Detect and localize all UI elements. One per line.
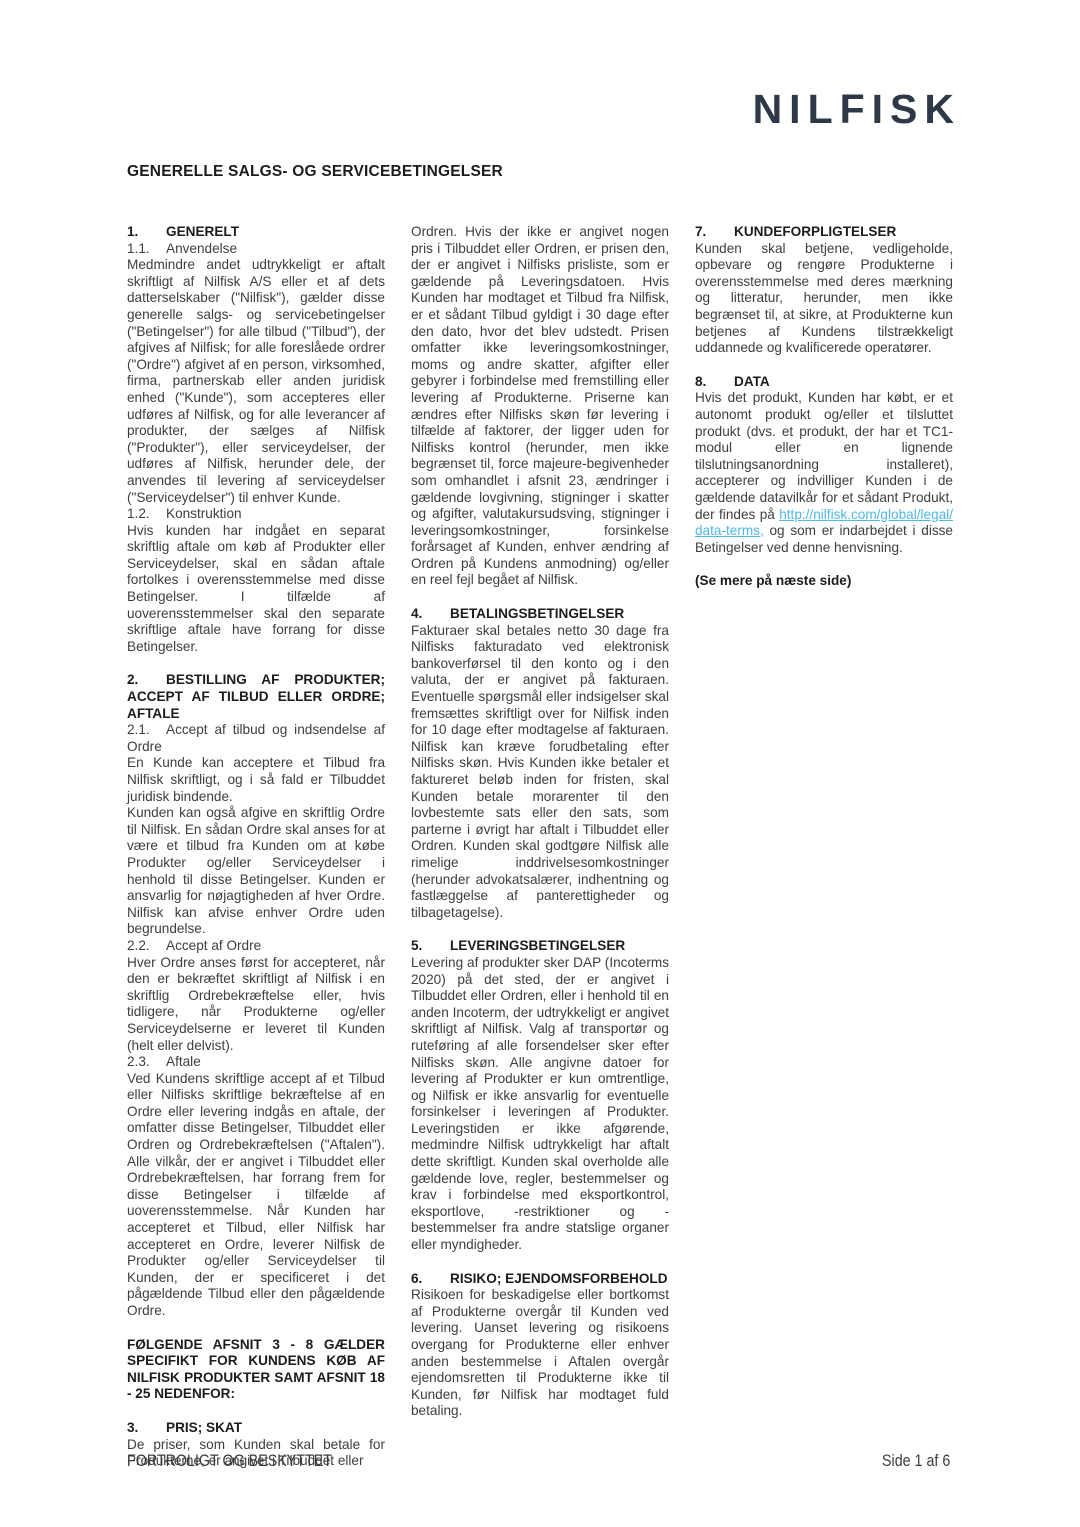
section-number: 1.1. bbox=[127, 241, 166, 258]
section-number: 8. bbox=[695, 374, 734, 391]
paragraph: Hver Ordre anses først for accepteret, n… bbox=[127, 955, 385, 1055]
data-terms-link[interactable]: http://nilfisk.com/global/legal/data-ter… bbox=[695, 507, 953, 539]
section-heading: 5.LEVERINGSBETINGELSER bbox=[411, 938, 669, 955]
text-columns: 1.GENERELT1.1.AnvendelseMedmindre andet … bbox=[127, 224, 953, 1470]
page-footer: FORTROLIGT OG BESKYTTET Side 1 af 6 bbox=[127, 1451, 950, 1471]
paragraph: En Kunde kan acceptere et Tilbud fra Nil… bbox=[127, 755, 385, 805]
section-number: 1. bbox=[127, 224, 166, 241]
footer-confidential-label: FORTROLIGT OG BESKYTTET bbox=[127, 1451, 332, 1471]
section-number: 7. bbox=[695, 224, 734, 241]
paragraph: Risikoen for beskadigelse eller bortkoms… bbox=[411, 1287, 669, 1420]
document-title: GENERELLE SALGS- OG SERVICEBETINGELSER bbox=[127, 163, 503, 181]
section-number: 2.1. bbox=[127, 722, 166, 739]
paragraph: Kunden kan også afgive en skriftlig Ordr… bbox=[127, 805, 385, 938]
bold-note: (Se mere på næste side) bbox=[695, 573, 953, 590]
section-heading: 4.BETALINGSBETINGELSER bbox=[411, 606, 669, 623]
footer-page-number: Side 1 af 6 bbox=[882, 1451, 950, 1471]
section-heading: 1.GENERELT bbox=[127, 224, 385, 241]
subsection-heading: 1.2.Konstruktion bbox=[127, 506, 385, 523]
section-number: 2.3. bbox=[127, 1054, 166, 1071]
paragraph: Fakturaer skal betales netto 30 dage fra… bbox=[411, 623, 669, 922]
section-heading: 3.PRIS; SKAT bbox=[127, 1420, 385, 1437]
section-number: 4. bbox=[411, 606, 450, 623]
section-heading: 2.BESTILLING AF PRODUKTER; ACCEPT AF TIL… bbox=[127, 672, 385, 722]
bold-note: FØLGENDE AFSNIT 3 - 8 GÆLDER SPECIFIKT F… bbox=[127, 1337, 385, 1403]
document-page: NILFISK GENERELLE SALGS- OG SERVICEBETIN… bbox=[0, 0, 1080, 1527]
section-number: 6. bbox=[411, 1271, 450, 1288]
section-number: 2. bbox=[127, 672, 166, 689]
column-2: Ordren. Hvis der ikke er angivet nogen p… bbox=[411, 224, 669, 1470]
subsection-heading: 2.1.Accept af tilbud og indsendelse af O… bbox=[127, 722, 385, 755]
section-heading: 7.KUNDEFORPLIGTELSER bbox=[695, 224, 953, 241]
nilfisk-logo: NILFISK bbox=[753, 86, 961, 133]
section-number: 2.2. bbox=[127, 938, 166, 955]
paragraph: Medmindre andet udtrykkeligt er aftalt s… bbox=[127, 257, 385, 506]
paragraph: Kunden skal betjene, vedligeholde, opbev… bbox=[695, 241, 953, 357]
paragraph: Hvis det produkt, Kunden har købt, er et… bbox=[695, 390, 953, 556]
section-heading: 8.DATA bbox=[695, 374, 953, 391]
section-heading: 6.RISIKO; EJENDOMSFORBEHOLD bbox=[411, 1271, 669, 1288]
section-number: 5. bbox=[411, 938, 450, 955]
subsection-heading: 2.2.Accept af Ordre bbox=[127, 938, 385, 955]
column-1: 1.GENERELT1.1.AnvendelseMedmindre andet … bbox=[127, 224, 385, 1470]
subsection-heading: 1.1.Anvendelse bbox=[127, 241, 385, 258]
paragraph: Ordren. Hvis der ikke er angivet nogen p… bbox=[411, 224, 669, 589]
paragraph: Levering af produkter sker DAP (Incoterm… bbox=[411, 955, 669, 1254]
section-number: 3. bbox=[127, 1420, 166, 1437]
section-number: 1.2. bbox=[127, 506, 166, 523]
paragraph: Ved Kundens skriftlige accept af et Tilb… bbox=[127, 1071, 385, 1320]
paragraph: Hvis kunden har indgået en separat skrif… bbox=[127, 523, 385, 656]
column-3: 7.KUNDEFORPLIGTELSERKunden skal betjene,… bbox=[695, 224, 953, 1470]
subsection-heading: 2.3.Aftale bbox=[127, 1054, 385, 1071]
